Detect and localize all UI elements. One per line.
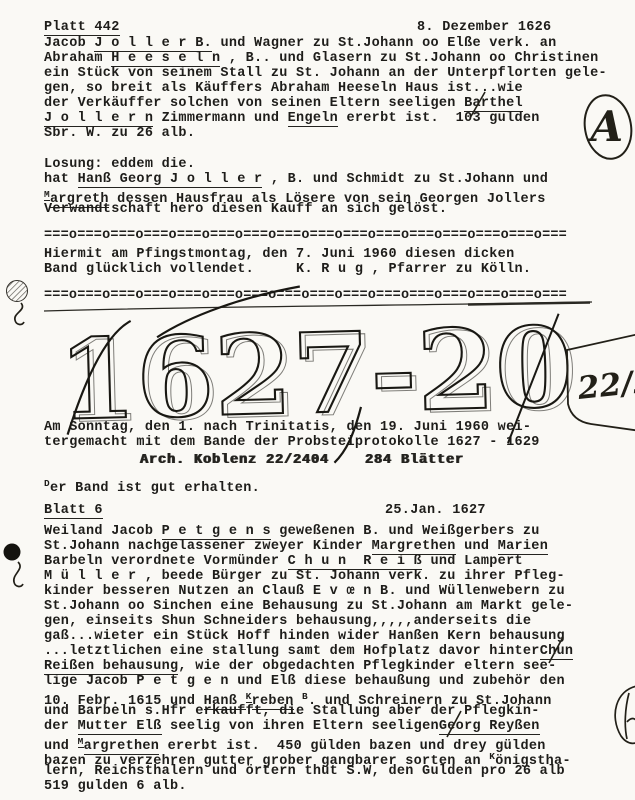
text-line: Reißen behausung, wie der obgedachten Pf… [44, 659, 573, 674]
text-segment: Barthel [464, 96, 523, 112]
text-line: Losung: eddem die. [44, 157, 548, 172]
text-segment: Band glücklich vollendet. K. R u g , Pfa… [44, 262, 531, 277]
text-segment: Zimmermann und [153, 111, 287, 126]
letter-b-stroke [625, 693, 635, 739]
text-segment: P e t g e n s [162, 524, 271, 540]
text-line: hat Hanß Georg J o l l e r , B. und Schm… [44, 172, 548, 187]
entry2-text: Weiland Jacob P e t g e n s geweßenen B.… [44, 524, 573, 794]
text-line: tergemacht mit dem Bande der Probsteipro… [44, 435, 540, 450]
text-line: 10. Febr. 1615 und Hanß Kreben B. und Sc… [44, 689, 573, 704]
completion-note: Hiermit am Pfingstmontag, den 7. Juni 19… [44, 247, 531, 277]
entry1-date: 8. Dezember 1626 [417, 20, 551, 35]
text-segment: gen, einseits Shun Schneiders behausung,… [44, 614, 531, 629]
partial-circle [615, 686, 635, 743]
text-segment: Verwandtschaft hero diesen Kauff an sich… [44, 202, 447, 217]
text-line: und Margrethen ererbt ist. 450 gülden ba… [44, 734, 573, 749]
text-segment: der Verkäuffer solchen von seinen Eltern… [44, 96, 464, 111]
entry1-heading: Platt 442 [44, 20, 120, 36]
text-segment: J o l l e r n [44, 111, 153, 127]
text-segment: Am Sonntag, den 1. nach Trinitatis, den … [44, 420, 531, 435]
text-line: Margreth dessen Hausfrau als Lösere von … [44, 187, 548, 202]
text-segment: und [456, 539, 498, 554]
text-line: lern, Reichsthalern und örtern thut S.W,… [44, 764, 573, 779]
squiggle [14, 562, 23, 586]
text-segment: lern, Reichsthalern und örtern thut S.W,… [44, 764, 565, 779]
text-line: Sbr. W. zu 26 alb. [44, 126, 607, 141]
margin-scribble-upper [7, 281, 28, 325]
text-segment: Reißen behausung [44, 659, 178, 675]
stamp-box-outline [567, 334, 635, 431]
text-segment: J o l l e r B. [94, 36, 212, 52]
text-segment: hat [44, 172, 78, 187]
text-line: 519 gulden 6 alb. [44, 779, 573, 794]
hand-rule [44, 302, 592, 311]
text-line: M ü l l e r , beede Bürger zu St. Johann… [44, 569, 573, 584]
losung-text: Losung: eddem die.hat Hanß Georg J o l l… [44, 157, 548, 217]
numeral-flourish-one [65, 321, 134, 435]
margin-letter-b [615, 686, 635, 743]
text-line: und Barbeln s.Hfr erkaufft, die Stallung… [44, 704, 573, 719]
text-line: Abraham H e e s e l n , B.. und Glasern … [44, 51, 607, 66]
text-line: ...letztlichen eine stallung samt dem Ho… [44, 644, 573, 659]
archival-typescript-page: Platt 442 8. Dezember 1626 Jacob J o l l… [0, 0, 635, 800]
text-line: J o l l e r n Zimmermann und Engeln erer… [44, 111, 607, 126]
archive-reference: Arch. Koblenz 22/2404 284 Blätter [140, 453, 464, 468]
text-line: Band glücklich vollendet. K. R u g , Pfa… [44, 262, 531, 277]
text-line: lige Jacob P e t g e n und Elß diese beh… [44, 674, 573, 689]
text-line: kinder besseren Nutzen an Clauß E v œ n … [44, 584, 573, 599]
text-segment: gaß...wieter ein Stück Hoff hinden wider… [44, 629, 565, 644]
text-segment: ererbt ist. 103 gulden [338, 111, 540, 126]
text-segment: ein Stück von seinem Stall zu St. Johann… [44, 66, 607, 81]
continuation-note: Am Sonntag, den 1. nach Trinitatis, den … [44, 420, 540, 450]
text-line: der Verkäuffer solchen von seinen Eltern… [44, 96, 607, 111]
text-segment: Marien [498, 539, 548, 555]
condition-note: Der Band ist gut erhalten. [44, 476, 260, 491]
text-segment: ...letztlichen eine stallung samt dem Ho… [44, 644, 540, 659]
text-segment: Jacob [44, 36, 94, 51]
hatched-ball [7, 281, 28, 302]
text-line: Hiermit am Pfingstmontag, den 7. Juni 19… [44, 247, 531, 262]
text-segment: , B.. und Glasern zu St.Johann oo Christ… [220, 51, 598, 66]
stamp-box: 22/24 [567, 334, 635, 431]
text-segment: Margrethen [372, 539, 456, 555]
text-line: St.Johann oo Sinchen eine Behausung zu S… [44, 599, 573, 614]
text-segment: und Barbeln s.Hfr erkaufft, die Stallung… [44, 704, 540, 719]
text-segment: der [44, 719, 78, 734]
text-line: Jacob J o l l e r B. und Wagner zu St.Jo… [44, 36, 607, 51]
text-segment: 519 gulden 6 alb. [44, 779, 187, 794]
text-line: bazen zu verzehren gutter grober gangbar… [44, 749, 573, 764]
text-segment: tergemacht mit dem Bande der Probsteipro… [44, 435, 540, 450]
text-segment: lige Jacob P e t g e n und Elß diese beh… [44, 674, 565, 689]
stamp-box-text: 22/24 [575, 361, 635, 407]
text-line: Der Band ist gut erhalten. [44, 476, 260, 491]
entry2-heading: Blatt 6 [44, 503, 103, 519]
text-segment: und Wagner zu St.Johann oo Elße verk. an [212, 36, 556, 51]
text-segment: Sbr. W. zu 26 alb. [44, 126, 195, 141]
text-segment: Chun [540, 644, 574, 660]
entry2-date: 25.Jan. 1627 [385, 503, 486, 518]
text-segment: kinder besseren Nutzen an Clauß E v œ n … [44, 584, 565, 599]
text-segment: C h u n R e i ß [288, 554, 422, 570]
margin-scribble-lower [4, 544, 24, 587]
text-segment: geweßenen B. und Weißgerbers zu [271, 524, 540, 539]
text-line: gaß...wieter ein Stück Hoff hinden wider… [44, 629, 573, 644]
section-divider-top: ===o===o===o===o===o===o===o===o===o===o… [44, 228, 567, 243]
text-segment: , B. und Schmidt zu St.Johann und [262, 172, 548, 187]
text-segment: St.Johann nachgelassener zweyer Kinder [44, 539, 372, 554]
entry1-text: Jacob J o l l e r B. und Wagner zu St.Jo… [44, 36, 607, 141]
text-segment: St.Johann oo Sinchen eine Behausung zu S… [44, 599, 573, 614]
text-segment: gen, so breit als Käuffers Abraham Heese… [44, 81, 523, 96]
text-segment: Engeln [288, 111, 338, 127]
text-segment: , wie der obgedachten Pflegkinder eltern… [178, 659, 556, 674]
text-segment: H e e s e l n [111, 51, 220, 67]
text-segment: K [246, 691, 252, 703]
text-segment: Weiland Jacob [44, 524, 162, 539]
text-segment: seelig von ihren Eltern seeligen [162, 719, 439, 734]
text-line: ein Stück von seinem Stall zu St. Johann… [44, 66, 607, 81]
text-segment: Losung: eddem die. [44, 157, 195, 172]
text-segment: M ü l l e r , beede Bürger zu St. Johann… [44, 569, 565, 584]
text-line: gen, so breit als Käuffers Abraham Heese… [44, 81, 607, 96]
squiggle [15, 303, 24, 324]
text-segment: Abraham [44, 51, 111, 66]
text-segment: er Band ist gut erhalten. [50, 481, 260, 496]
ink-dot [4, 544, 21, 561]
text-line: der Mutter Elß seelig von ihren Eltern s… [44, 719, 573, 734]
text-segment: Barbeln verordnete Vormünder [44, 554, 288, 569]
text-segment: Hiermit am Pfingstmontag, den 7. Juni 19… [44, 247, 514, 262]
text-segment: M [78, 736, 84, 748]
text-line: Barbeln verordnete Vormünder C h u n R e… [44, 554, 573, 569]
text-line: St.Johann nachgelassener zweyer Kinder M… [44, 539, 573, 554]
text-segment: Georg Reyßen [439, 719, 540, 735]
text-segment: und Lampert [422, 554, 523, 569]
section-divider-bottom: ===o===o===o===o===o===o===o===o===o===o… [44, 288, 567, 303]
text-line: gen, einseits Shun Schneiders behausung,… [44, 614, 573, 629]
text-line: Weiland Jacob P e t g e n s geweßenen B.… [44, 524, 573, 539]
text-segment: Hanß Georg J o l l e r [78, 172, 263, 188]
text-segment: Mutter Elß [78, 719, 162, 735]
text-line: Am Sonntag, den 1. nach Trinitatis, den … [44, 420, 540, 435]
